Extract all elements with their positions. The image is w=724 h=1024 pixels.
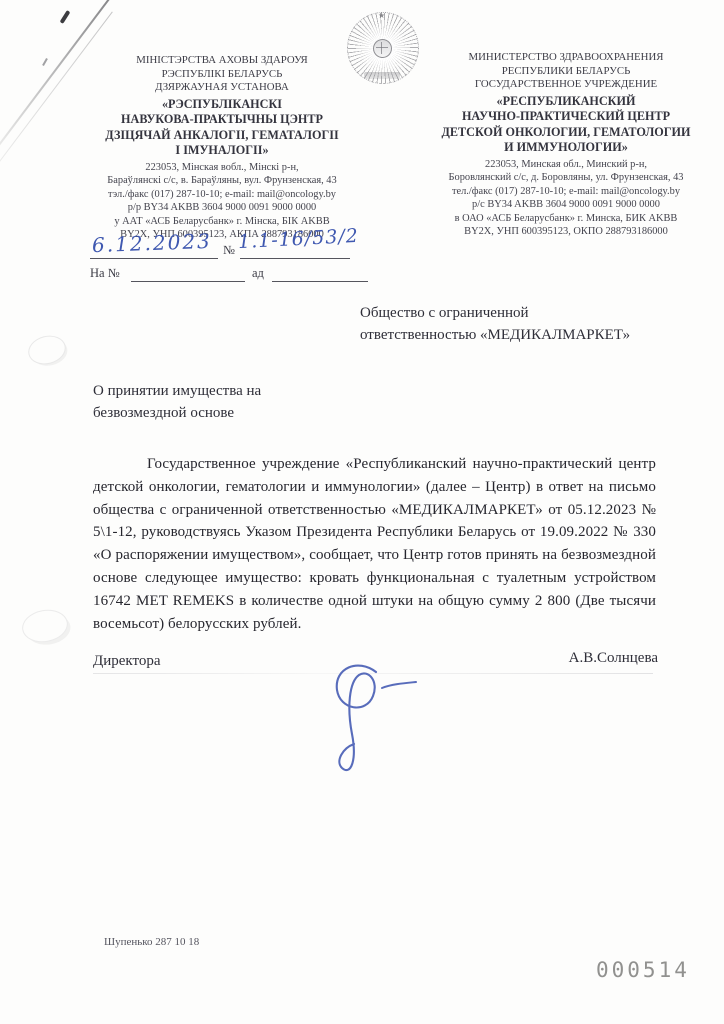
address-line: тел./факс (017) 287-10-10; e-mail: mail@… [420,185,712,199]
letter-body-paragraph: Государственное учреждение «Республиканс… [93,453,656,635]
emblem-star: ★ [378,11,385,20]
address-line: в ОАО «АСБ Беларусбанк» г. Минска, БИК A… [420,212,712,226]
handwritten-signature [318,658,438,788]
signer-name: А.В.Солнцева [528,650,658,667]
org-line: РЕСПУБЛИКИ БЕЛАРУСЬ [420,65,712,79]
page-number-stamp: 000514 [596,958,690,982]
org-line: ДЗЯРЖАУНАЯ УСТАНОВА [84,81,360,95]
org-name-line: «РЕСПУБЛИКАНСКИЙ [420,94,712,110]
address-line: р/с BY34 AKBB 3604 9000 0091 9000 0000 [420,198,712,212]
subject-block: О принятии имущества на безвозмездной ос… [93,380,261,424]
addressee-line: Общество с ограниченной [360,302,630,324]
address-line: 223053, Минская обл., Минский р-н, [420,158,712,172]
org-name-line: НАВУКОВА-ПРАКТЫЧНЫ ЦЭНТР [84,112,360,128]
scan-speck [60,10,71,24]
org-line: МІНІСТЭРСТВА АХОВЫ ЗДАРОУЯ [84,54,360,68]
scan-smudge [25,332,69,368]
address-line: 223053, Мінская вобл., Мінскі р-н, [84,161,360,175]
handwritten-date: 6.12.2023 [92,229,213,257]
address-line: р/р BY34 AKBB 3604 9000 0091 9000 0000 [84,201,360,215]
addressee-line: ответственностью «МЕДИКАЛМАРКЕТ» [360,324,630,346]
org-line: ГОСУДАРСТВЕННОЕ УЧРЕЖДЕНИЕ [420,78,712,92]
emblem-ribbon [364,72,400,79]
scanned-letter-page: ★ МІНІСТЭРСТВА АХОВЫ ЗДАРОУЯ РЭСПУБЛІКІ … [0,0,724,1024]
emblem-globe [373,39,392,58]
reply-from-underline [272,266,368,282]
executor-contact: Шупенько 287 10 18 [104,936,199,948]
address-line: Бараўлянскі с/с, в. Бараўляны, вул. Фрун… [84,174,360,188]
scan-smudge [20,606,71,646]
address-line: Боровлянский с/с, д. Боровляны, ул. Фрун… [420,171,712,185]
number-sign-label: № [223,243,235,258]
address-line: тэл./факс (017) 287-10-10; e-mail: mail@… [84,188,360,202]
org-name-line: І ІМУНАЛОГІІ» [84,143,360,159]
org-name-line: И ИММУНОЛОГИИ» [420,140,712,156]
letterhead-left: МІНІСТЭРСТВА АХОВЫ ЗДАРОУЯ РЭСПУБЛІКІ БЕ… [84,54,360,242]
address-line: BY2X, УНП 600395123, ОКПО 288793186000 [420,225,712,239]
reply-number-underline [131,266,245,282]
org-name-line: НАУЧНО-ПРАКТИЧЕСКИЙ ЦЕНТР [420,109,712,125]
org-line: РЭСПУБЛІКІ БЕЛАРУСЬ [84,68,360,82]
signer-title: Директора [93,653,161,670]
org-name-line: ДЕТСКОЙ ОНКОЛОГИИ, ГЕМАТОЛОГИИ [420,125,712,141]
addressee-block: Общество с ограниченной ответственностью… [360,302,630,346]
org-name-line: «РЭСПУБЛІКАНСКІ [84,97,360,113]
letterhead-right: МИНИСТЕРСТВО ЗДРАВООХРАНЕНИЯ РЕСПУБЛИКИ … [420,51,712,239]
scan-speck [42,58,48,66]
org-name-line: ДЗІЦЯЧАЙ АНКАЛОГІІ, ГЕМАТАЛОГІІ [84,128,360,144]
reply-number-label: На № [90,266,120,281]
reply-from-label: ад [252,266,264,281]
subject-line: безвозмездной основе [93,402,261,424]
subject-line: О принятии имущества на [93,380,261,402]
org-line: МИНИСТЕРСТВО ЗДРАВООХРАНЕНИЯ [420,51,712,65]
